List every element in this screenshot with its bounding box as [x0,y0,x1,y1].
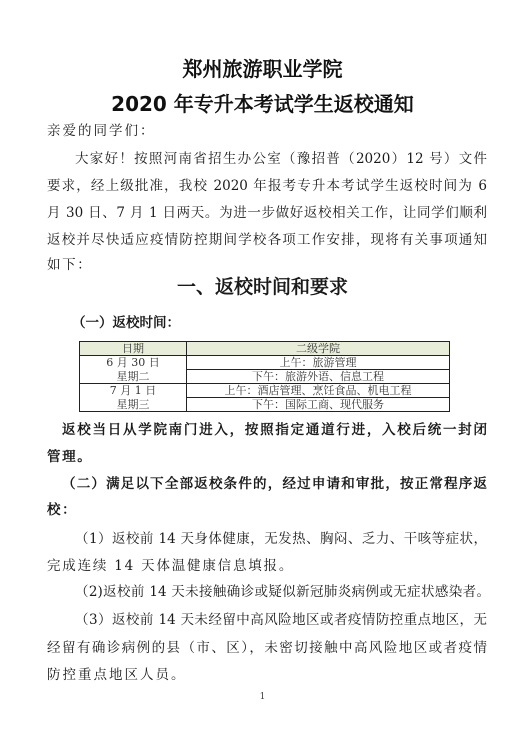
section-heading: 一、返校时间和要求 [0,272,525,299]
subsection-heading: （一）返校时间： [72,311,180,331]
college-cell: 上午：酒店管理、烹饪食品、机电工程 [187,384,450,398]
table-header-row: 日期 二级学院 [80,342,450,356]
subsection-heading: （二）满足以下全部返校条件的，经过申请和审批，按正常程序返 [62,475,487,493]
date-cell: 6 月 30 日 [80,356,187,370]
weekday-cell: 星期三 [80,398,187,412]
condition-line: 经留有确诊病例的县（市、区），未密切接触中高风险地区或者疫情 [47,639,487,657]
note-line: 管理。 [47,448,487,466]
document-title: 2020 年专升本考试学生返校通知 [0,88,525,117]
table-header-cell: 二级学院 [187,342,450,356]
college-cell: 上午：旅游管理 [187,356,450,370]
table-row: 6 月 30 日 上午：旅游管理 [80,356,450,370]
table-row: 7 月 1 日 上午：酒店管理、烹饪食品、机电工程 [80,384,450,398]
subsection-heading: 校： [47,501,487,519]
institution-name: 郑州旅游职业学院 [0,53,525,82]
college-cell: 下午：国际工商、现代服务 [187,398,450,412]
intro-line: 月 30 日、7 月 1 日两天。为进一步做好返校相关工作，让同学们顺利 [47,204,487,222]
note-line: 返校当日从学院南门进入，按照指定通道行进，入校后统一封闭 [62,421,487,439]
condition-line: 完成连续 14 天体温健康信息填报。 [47,557,487,575]
intro-line: 返校并尽快适应疫情防控期间学校各项工作安排，现将有关事项通知 [47,231,487,249]
intro-line: 大家好！按照河南省招生办公室（豫招普（2020）12 号）文件 [75,150,487,168]
date-cell: 7 月 1 日 [80,384,187,398]
table-header-cell: 日期 [80,342,187,356]
table-row: 星期二 下午：旅游外语、信息工程 [80,370,450,384]
salutation: 亲爱的同学们： [47,122,487,140]
schedule-table: 日期 二级学院 6 月 30 日 上午：旅游管理 星期二 下午：旅游外语、信息工… [79,341,450,412]
condition-line: 防控重点地区人员。 [47,666,487,684]
table-row: 星期三 下午：国际工商、现代服务 [80,398,450,412]
condition-line: （2)返校前 14 天未接触确诊或疑似新冠肺炎病例或无症状感染者。 [75,583,490,601]
weekday-cell: 星期二 [80,370,187,384]
condition-line: （1）返校前 14 天身体健康，无发热、胸闷、乏力、干咳等症状， [75,530,487,548]
college-cell: 下午：旅游外语、信息工程 [187,370,450,384]
condition-line: （3）返校前 14 天未经留中高风险地区或者疫情防控重点地区，无 [75,611,487,629]
intro-line: 要求，经上级批准，我校 2020 年报考专升本考试学生返校时间为 6 [47,177,487,195]
page-number: 1 [0,692,525,702]
